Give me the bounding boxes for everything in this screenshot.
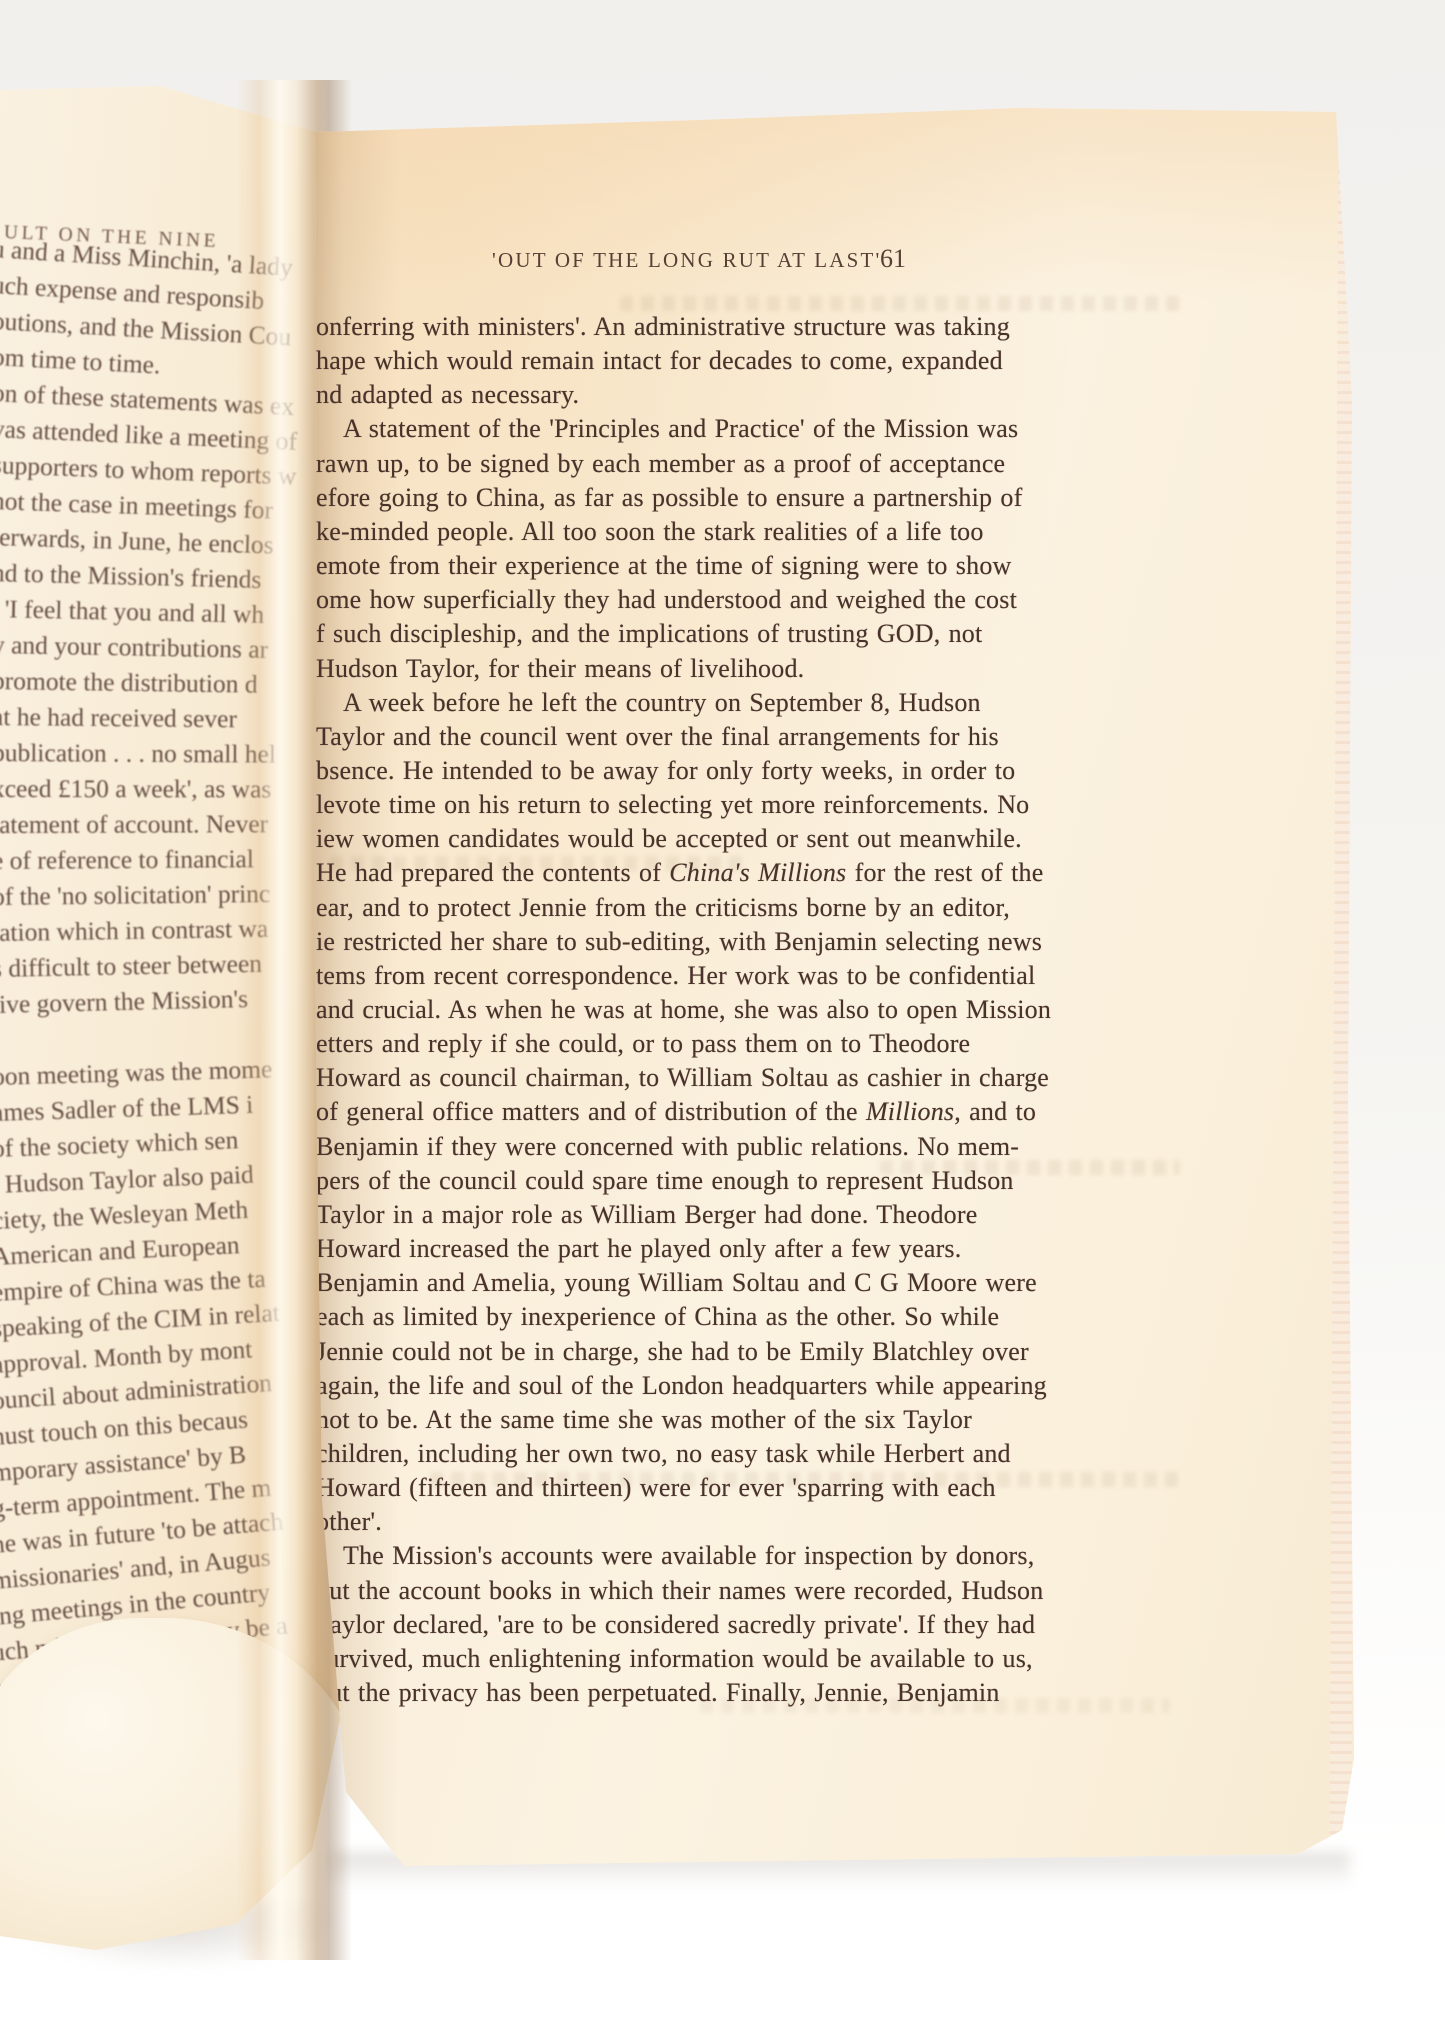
text-line: of general office matters and of distrib… <box>316 1099 1036 1125</box>
text-line: emote from their experience at the time … <box>316 553 1012 579</box>
text-line: bsence. He intended to be away for only … <box>316 758 1015 784</box>
text-line: Benjamin if they were concerned with pub… <box>316 1134 1019 1160</box>
text-line: iew women candidates would be accepted o… <box>316 826 1022 852</box>
text-line: tems from recent correspondence. Her wor… <box>316 963 1035 989</box>
text-line: each as limited by inexperience of China… <box>316 1304 999 1330</box>
text-line: Howard increased the part he played only… <box>316 1236 961 1262</box>
text-line: survived, much enlightening information … <box>316 1646 1033 1672</box>
text-line: American and European <box>0 1232 240 1269</box>
text-line: ke-minded people. All too soon the stark… <box>316 519 984 545</box>
text-line: ome how superficially they had understoo… <box>316 587 1017 613</box>
text-line: Howard (fifteen and thirteen) were for e… <box>316 1475 996 1501</box>
page-stack-edge <box>1329 114 1360 1844</box>
text-line: children, including her own two, no easy… <box>316 1441 1011 1467</box>
text-line: nd to the Mission's friends <box>0 560 262 592</box>
text-line: but the account books in which their nam… <box>316 1578 1043 1604</box>
book-photo: ULT ON THE NINE u and a Miss Minchin, 'a… <box>0 0 1445 2023</box>
text-line: f such discipleship, and the implication… <box>316 621 982 647</box>
show-through-text <box>620 296 1180 311</box>
text-line: tive govern the Mission's <box>0 986 248 1017</box>
text-line: ciety, the Wesleyan Meth <box>0 1197 249 1234</box>
text-line: , 'I feel that you and all wh <box>0 596 264 627</box>
text-line: Taylor declared, 'are to be considered s… <box>316 1612 1035 1638</box>
text-line: promote the distribution d <box>0 668 258 697</box>
text-line: empire of China was the ta <box>0 1266 266 1306</box>
text-line: hape which would remain intact for decad… <box>316 348 1003 374</box>
text-line: rawn up, to be signed by each member as … <box>316 451 1005 477</box>
text-line: Benjamin and Amelia, young William Solta… <box>316 1270 1037 1296</box>
text-line: s difficult to steer between <box>0 951 262 982</box>
text-line: uch expense and responsib <box>0 272 265 313</box>
running-header: 'OUT OF THE LONG RUT AT LAST' <box>492 248 882 273</box>
text-line: om time to time. <box>0 344 161 378</box>
text-line: ie restricted her share to sub-editing, … <box>316 929 1042 955</box>
text-line: tation which in contrast wa <box>0 916 268 946</box>
text-line: efore going to China, as far as possible… <box>316 485 1023 511</box>
text-line: Taylor in a major role as William Berger… <box>316 1202 977 1228</box>
text-line: and crucial. As when he was at home, she… <box>316 997 1051 1023</box>
text-line: onferring with ministers'. An administra… <box>316 314 1010 340</box>
text-line: but the privacy has been perpetuated. Fi… <box>316 1680 1000 1706</box>
text-line: publication . . . no small hel <box>0 740 276 767</box>
text-line: of the society which sen <box>0 1127 239 1161</box>
text-line: not to be. At the same time she was moth… <box>316 1407 972 1433</box>
text-line: ear, and to protect Jennie from the crit… <box>316 895 1010 921</box>
text-line: e of reference to financial <box>0 846 254 873</box>
text-line: A week before he left the country on Sep… <box>343 690 981 716</box>
text-line: A statement of the 'Principles and Pract… <box>343 416 1018 442</box>
text-line: other'. <box>316 1509 382 1535</box>
text-line: Hudson Taylor, for their means of liveli… <box>316 656 804 682</box>
text-line: nd adapted as necessary. <box>316 382 579 408</box>
text-line: terwards, in June, he enclos <box>0 524 274 558</box>
text-line: Jennie could not be in charge, she had t… <box>316 1339 1029 1365</box>
text-line: tatement of account. Never <box>0 811 268 837</box>
text-line: vas attended like a meeting of <box>0 416 297 454</box>
page-number: 61 <box>880 244 906 274</box>
left-page: ULT ON THE NINE u and a Miss Minchin, 'a… <box>0 0 352 1990</box>
text-line: on of these statements was ex <box>0 380 295 420</box>
text-line: etters and reply if she could, or to pas… <box>316 1031 970 1057</box>
text-line: oon meeting was the mome <box>0 1056 273 1089</box>
text-line: levote time on his return to selecting y… <box>316 792 1029 818</box>
text-line: The Mission's accounts were available fo… <box>343 1543 1034 1569</box>
text-line: pers of the council could spare time eno… <box>316 1168 1014 1194</box>
text-line: outions, and the Mission Cou <box>0 308 292 350</box>
text-line: ames Sadler of the LMS i <box>0 1092 254 1126</box>
text-line: supporters to whom reports w <box>0 452 297 489</box>
text-line: again, the life and soul of the London h… <box>316 1373 1047 1399</box>
text-line: . Hudson Taylor also paid <box>0 1162 254 1198</box>
text-line: Taylor and the council went over the fin… <box>316 724 999 750</box>
text-line: He had prepared the contents of China's … <box>316 860 1043 886</box>
text-line: xceed £150 a week', as was <box>0 776 271 802</box>
text-line: not the case in meetings for <box>0 488 273 523</box>
text-line: y and your contributions ar <box>0 632 268 662</box>
text-line: of the 'no solicitation' princ <box>0 881 270 910</box>
text-line: at he had received sever <box>0 704 237 732</box>
text-line: Howard as council chairman, to William S… <box>316 1065 1049 1091</box>
